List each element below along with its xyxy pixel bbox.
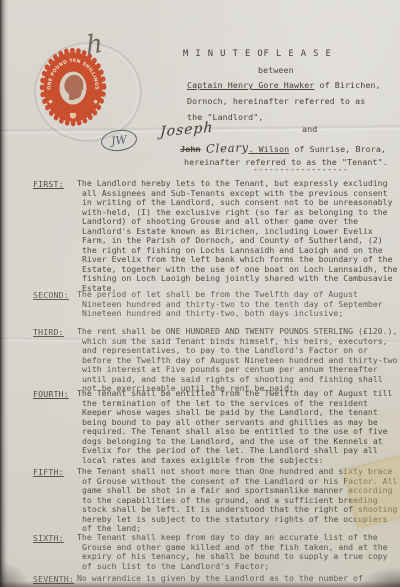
handwritten-surname: Cleary [205, 140, 248, 155]
scanned-lease-document: ONE POUND TEN SHILLINGS h JW M I N U T E… [0, 0, 400, 587]
clause-text: The Landlord hereby lets to the Tenant, … [77, 179, 400, 294]
scan-corner-bottom-right [358, 567, 400, 587]
struck-out-name: John [180, 144, 200, 154]
tenant-name-line: John Cleary. Wilson of Sunrise, Brora, [180, 141, 386, 155]
clause-text: The rent shall be ONE HUNDRED AND TWENTY… [77, 327, 400, 394]
tenant-period: . [248, 144, 258, 154]
clause-label: FOURTH: [33, 389, 69, 399]
document-title: M I N U T E OF L E A S E [183, 49, 332, 59]
clause-text: The Tenant shall be entitled from the Tw… [77, 389, 400, 465]
clause-text: The Tenant shall keep from day to day an… [77, 533, 400, 571]
clause-label: THIRD: [33, 327, 64, 337]
clause-label: SECOND: [33, 290, 69, 300]
landlord-name-line: Captain Henry Gore Hawker of Birichen, [187, 80, 381, 90]
between-label: between [258, 65, 294, 75]
scan-edge-left [0, 0, 9, 587]
scan-edge-bottom [0, 581, 400, 587]
dashed-rule: ------------------ [253, 164, 348, 174]
pencil-mark: h [85, 28, 104, 61]
clause-text: The period of let shall be from the Twel… [77, 290, 400, 319]
handwritten-first-name: Joseph [160, 120, 214, 141]
clause-label: SIXTH: [33, 533, 64, 543]
and-label: and [302, 124, 317, 134]
clause-label: FIFTH: [33, 467, 64, 477]
landlord-name: Captain Henry Gore Hawker [187, 80, 314, 90]
tenant-surname: Wilson [259, 144, 290, 154]
clause-label: FIRST: [33, 179, 64, 189]
scan-corner-bottom-left [0, 561, 30, 587]
tenant-rest: of Sunrise, Brora, [289, 144, 386, 154]
landlord-line-2: Dornoch, hereinafter referred to as [187, 96, 365, 106]
landlord-name-rest: of Birichen, [314, 80, 380, 90]
